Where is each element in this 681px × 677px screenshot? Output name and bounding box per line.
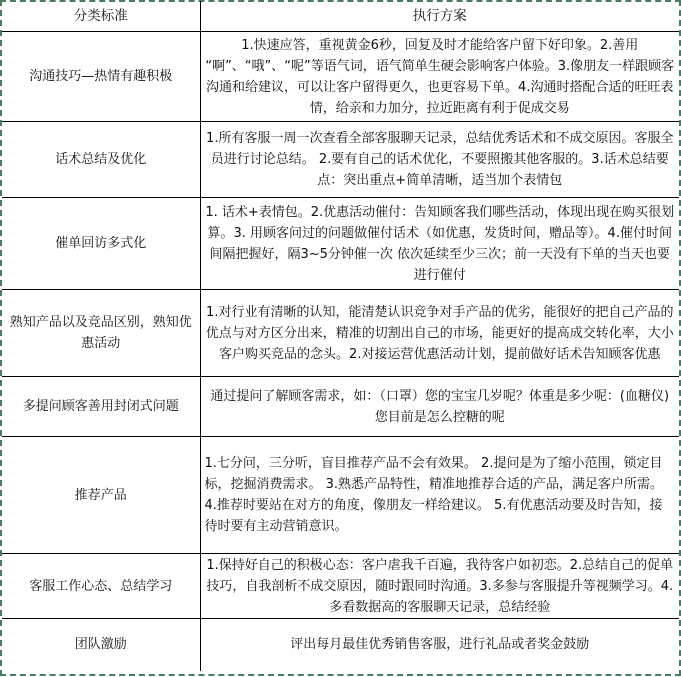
list-item: 1.七分问，三分听，盲目推荐产品不会有效果。 xyxy=(205,456,477,471)
plan-cell: 1.快速应答，重视黄金6秒，回复及时才能给客户留下好印象。2.善用 “啊”、“哦… xyxy=(200,32,679,122)
table-row: 团队激励 评出每月最佳优秀销售客服，进行礼品或者奖金鼓励 xyxy=(2,619,679,671)
plan-cell-list: 1.七分问，三分听，盲目推荐产品不会有效果。 2.提问是为了缩小范围，锁定目标，… xyxy=(200,437,679,554)
plan-cell: 1.对行业有清晰的认知，能清楚认识竞争对手产品的优劣，能很好的把自己产品的优点与… xyxy=(200,290,679,377)
category-cell: 多提问顾客善用封闭式问题 xyxy=(2,377,200,437)
table-row: 熟知产品以及竞品区别，熟知优惠活动 1.对行业有清晰的认知，能清楚认识竞争对手产… xyxy=(2,290,679,377)
header-plan: 执行方案 xyxy=(200,1,679,32)
plan-cell: 通过提问了解顾客需求，如：（口罩）您的宝宝几岁呢？体重是多少呢：(血糖仪)您目前… xyxy=(200,377,679,437)
plan-cell: 1.所有客服一周一次查看全部客服聊天记录，总结优秀话术和不成交原因。客服全员进行… xyxy=(200,122,679,198)
category-cell: 客服工作心态、总结学习 xyxy=(2,554,200,619)
table-row: 催单回访多式化 1. 话术+表情包。2.优惠活动催付：告知顾客我们哪些活动，体现… xyxy=(2,198,679,290)
plan-cell: 1. 话术+表情包。2.优惠活动催付：告知顾客我们哪些活动，体现出现在购买很划算… xyxy=(200,198,679,290)
category-cell: 熟知产品以及竞品区别，熟知优惠活动 xyxy=(2,290,200,377)
category-cell: 话术总结及优化 xyxy=(2,122,200,198)
table-row: 多提问顾客善用封闭式问题 通过提问了解顾客需求，如：（口罩）您的宝宝几岁呢？体重… xyxy=(2,377,679,437)
list-item: 3.熟悉产品特性，精准地推荐合适的产品，满足客户所需。 xyxy=(326,477,663,492)
customer-service-plan-table: 分类标准 执行方案 沟通技巧—热情有趣积极 1.快速应答，重视黄金6秒，回复及时… xyxy=(2,1,679,671)
recommendation-list: 1.七分问，三分听，盲目推荐产品不会有效果。 2.提问是为了缩小范围，锁定目标，… xyxy=(205,453,676,537)
list-item: 4.推荐时要站在对方的角度，像朋友一样给建议。 xyxy=(205,498,490,513)
plan-cell: 1.保持好自己的积极心态：客户虐我千百遍，我待客户如初恋。2.总结自己的促单技巧… xyxy=(200,554,679,619)
table-row: 客服工作心态、总结学习 1.保持好自己的积极心态：客户虐我千百遍，我待客户如初恋… xyxy=(2,554,679,619)
category-cell: 团队激励 xyxy=(2,619,200,671)
header-category: 分类标准 xyxy=(2,1,200,32)
category-cell: 推荐产品 xyxy=(2,437,200,554)
category-cell: 催单回访多式化 xyxy=(2,198,200,290)
table-row: 推荐产品 1.七分问，三分听，盲目推荐产品不会有效果。 2.提问是为了缩小范围，… xyxy=(2,437,679,554)
table-row: 沟通技巧—热情有趣积极 1.快速应答，重视黄金6秒，回复及时才能给客户留下好印象… xyxy=(2,32,679,122)
category-cell: 沟通技巧—热情有趣积极 xyxy=(2,32,200,122)
header-row: 分类标准 执行方案 xyxy=(2,1,679,32)
plan-cell: 评出每月最佳优秀销售客服，进行礼品或者奖金鼓励 xyxy=(200,619,679,671)
table-row: 话术总结及优化 1.所有客服一周一次查看全部客服聊天记录，总结优秀话术和不成交原… xyxy=(2,122,679,198)
